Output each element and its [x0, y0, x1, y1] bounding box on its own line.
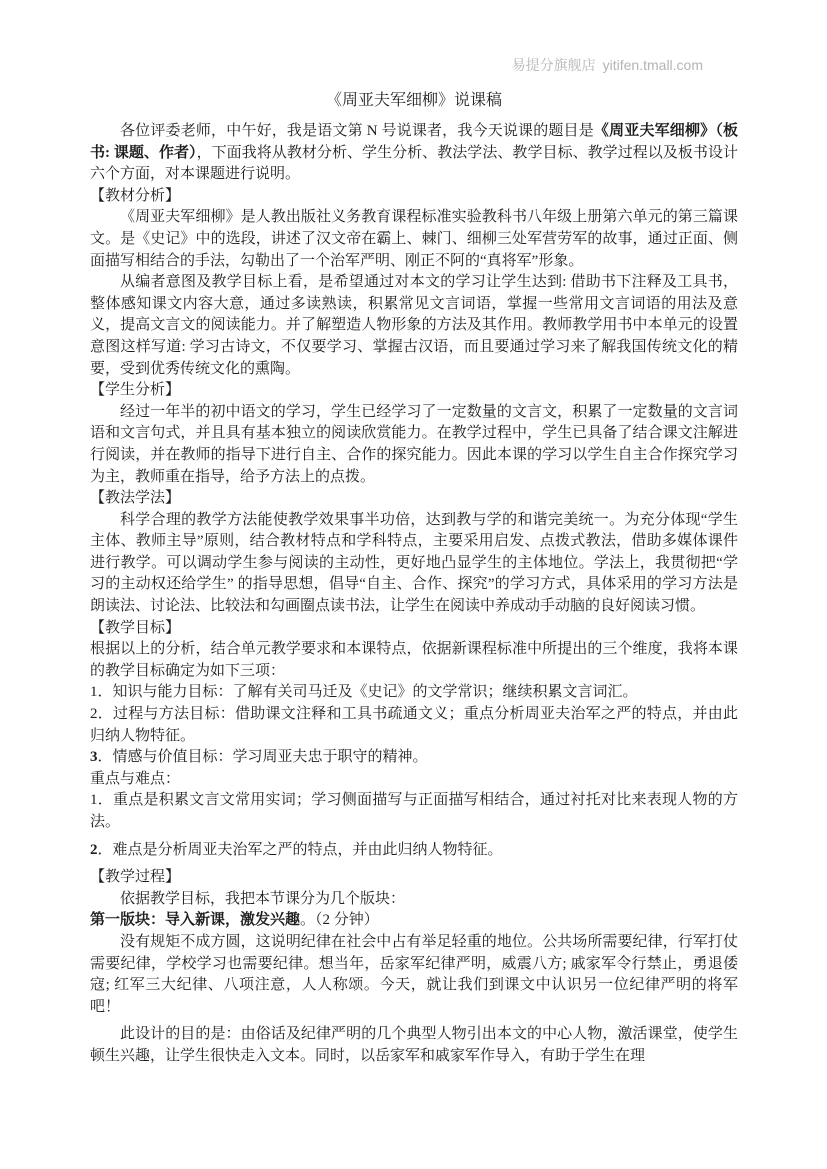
watermark-shop-name: 易提分旗舰店 [512, 57, 596, 73]
document-content: 《周亚夫军细柳》说课稿 各位评委老师，中午好，我是语文第 N 号说课者，我今天说… [90, 90, 738, 1068]
bold-text-run: 2 [90, 842, 98, 858]
paragraph: 科学合理的教学方法能使教学效果事半功倍，达到教与学的和谐完美统一。为充分体现“学… [90, 510, 738, 618]
section-header: 【教学目标】 [90, 618, 738, 640]
watermark-url: yitifen.tmall.com [603, 57, 703, 73]
document-body: 各位评委老师，中午好，我是语文第 N 号说课者，我今天说课的题目是《周亚夫军细柳… [90, 121, 738, 1068]
bold-text-run: 第一版块：导入新课，激发兴趣 [90, 912, 300, 928]
section-header: 【教法学法】 [90, 488, 738, 510]
section-header: 【学生分析】 [90, 380, 738, 402]
text-run: 根据以上的分析，结合单元教学要求和本课特点，依据新课程标准中所提出的三个维度，我… [90, 641, 738, 679]
text-run: 1．重点是积累文言文常用实词；学习侧面描写与正面描写相结合，通过衬托对比来表现人… [90, 792, 738, 830]
text-run: 依据教学目标，我把本节课分为几个版块： [120, 891, 405, 907]
paragraph: 经过一年半的初中语文的学习，学生已经学习了一定数量的文言文，积累了一定数量的文言… [90, 402, 738, 488]
paragraph: 《周亚夫军细柳》是人教出版社义务教育课程标准实验教科书八年级上册第六单元的第三篇… [90, 207, 738, 272]
text-run: 科学合理的教学方法能使教学效果事半功倍，达到教与学的和谐完美统一。为充分体现“学… [90, 512, 738, 614]
paragraph: 各位评委老师，中午好，我是语文第 N 号说课者，我今天说课的题目是《周亚夫军细柳… [90, 121, 738, 186]
paragraph: 重点与难点： [90, 769, 738, 791]
text-run: 1．知识与能力目标：了解有关司马迁及《史记》的文学常识；继续积累文言词汇。 [90, 684, 638, 700]
paragraph: 从编者意图及教学目标上看，是希望通过对本文的学习让学生达到: 借助书下注释及工具… [90, 272, 738, 380]
text-run: 2．过程与方法目标：借助课文注释和工具书疏通文义；重点分析周亚夫治军之严的特点，… [90, 706, 738, 744]
text-run: 《周亚夫军细柳》是人教出版社义务教育课程标准实验教科书八年级上册第六单元的第三篇… [90, 209, 738, 268]
paragraph: 3．情感与价值目标：学习周亚夫忠于职守的精神。 [90, 747, 738, 769]
paragraph: 1．知识与能力目标：了解有关司马迁及《史记》的文学常识；继续积累文言词汇。 [90, 682, 738, 704]
text-run: 没有规矩不成方圆，这说明纪律在社会中占有举足轻重的地位。公共场所需要纪律，行军打… [90, 934, 738, 1015]
text-run: 【教学过程】 [90, 869, 180, 885]
bold-text-run: 3 [90, 749, 98, 765]
paragraph: 第一版块：导入新课，激发兴趣。（2 分钟） [90, 910, 738, 932]
text-run: 【教材分析】 [90, 188, 180, 204]
section-header: 【教材分析】 [90, 186, 738, 208]
text-run: 【学生分析】 [90, 382, 180, 398]
text-run: ．情感与价值目标：学习周亚夫忠于职守的精神。 [98, 749, 428, 765]
text-run: ．难点是分析周亚夫治军之严的特点，并由此归纳人物特征。 [98, 842, 503, 858]
text-run: 。（2 分钟） [300, 912, 379, 928]
paragraph: 依据教学目标，我把本节课分为几个版块： [90, 889, 738, 911]
paragraph: 2．难点是分析周亚夫治军之严的特点，并由此归纳人物特征。 [90, 840, 738, 862]
text-run: 【教法学法】 [90, 490, 180, 506]
paragraph: 没有规矩不成方圆，这说明纪律在社会中占有举足轻重的地位。公共场所需要纪律，行军打… [90, 932, 738, 1018]
section-header: 【教学过程】 [90, 867, 738, 889]
text-run: 各位评委老师，中午好，我是语文第 N 号说课者，我今天说课的题目是 [120, 123, 594, 139]
paragraph: 根据以上的分析，结合单元教学要求和本课特点，依据新课程标准中所提出的三个维度，我… [90, 639, 738, 682]
paragraph: 1．重点是积累文言文常用实词；学习侧面描写与正面描写相结合，通过衬托对比来表现人… [90, 790, 738, 833]
text-run: 【教学目标】 [90, 620, 180, 636]
paragraph: 此设计的目的是：由俗话及纪律严明的几个典型人物引出本文的中心人物，激活课堂，使学… [90, 1024, 738, 1067]
watermark: 易提分旗舰店yitifen.tmall.com [512, 55, 703, 75]
text-run: 从编者意图及教学目标上看，是希望通过对本文的学习让学生达到: 借助书下注释及工具… [90, 274, 738, 376]
document-page: 易提分旗舰店yitifen.tmall.com 《周亚夫军细柳》说课稿 各位评委… [0, 0, 827, 1169]
text-run: 此设计的目的是：由俗话及纪律严明的几个典型人物引出本文的中心人物，激活课堂，使学… [90, 1026, 738, 1064]
text-run: 经过一年半的初中语文的学习，学生已经学习了一定数量的文言文，积累了一定数量的文言… [90, 404, 738, 485]
document-title: 《周亚夫军细柳》说课稿 [90, 90, 738, 112]
paragraph: 2．过程与方法目标：借助课文注释和工具书疏通文义；重点分析周亚夫治军之严的特点，… [90, 704, 738, 747]
text-run: 重点与难点： [90, 771, 180, 787]
